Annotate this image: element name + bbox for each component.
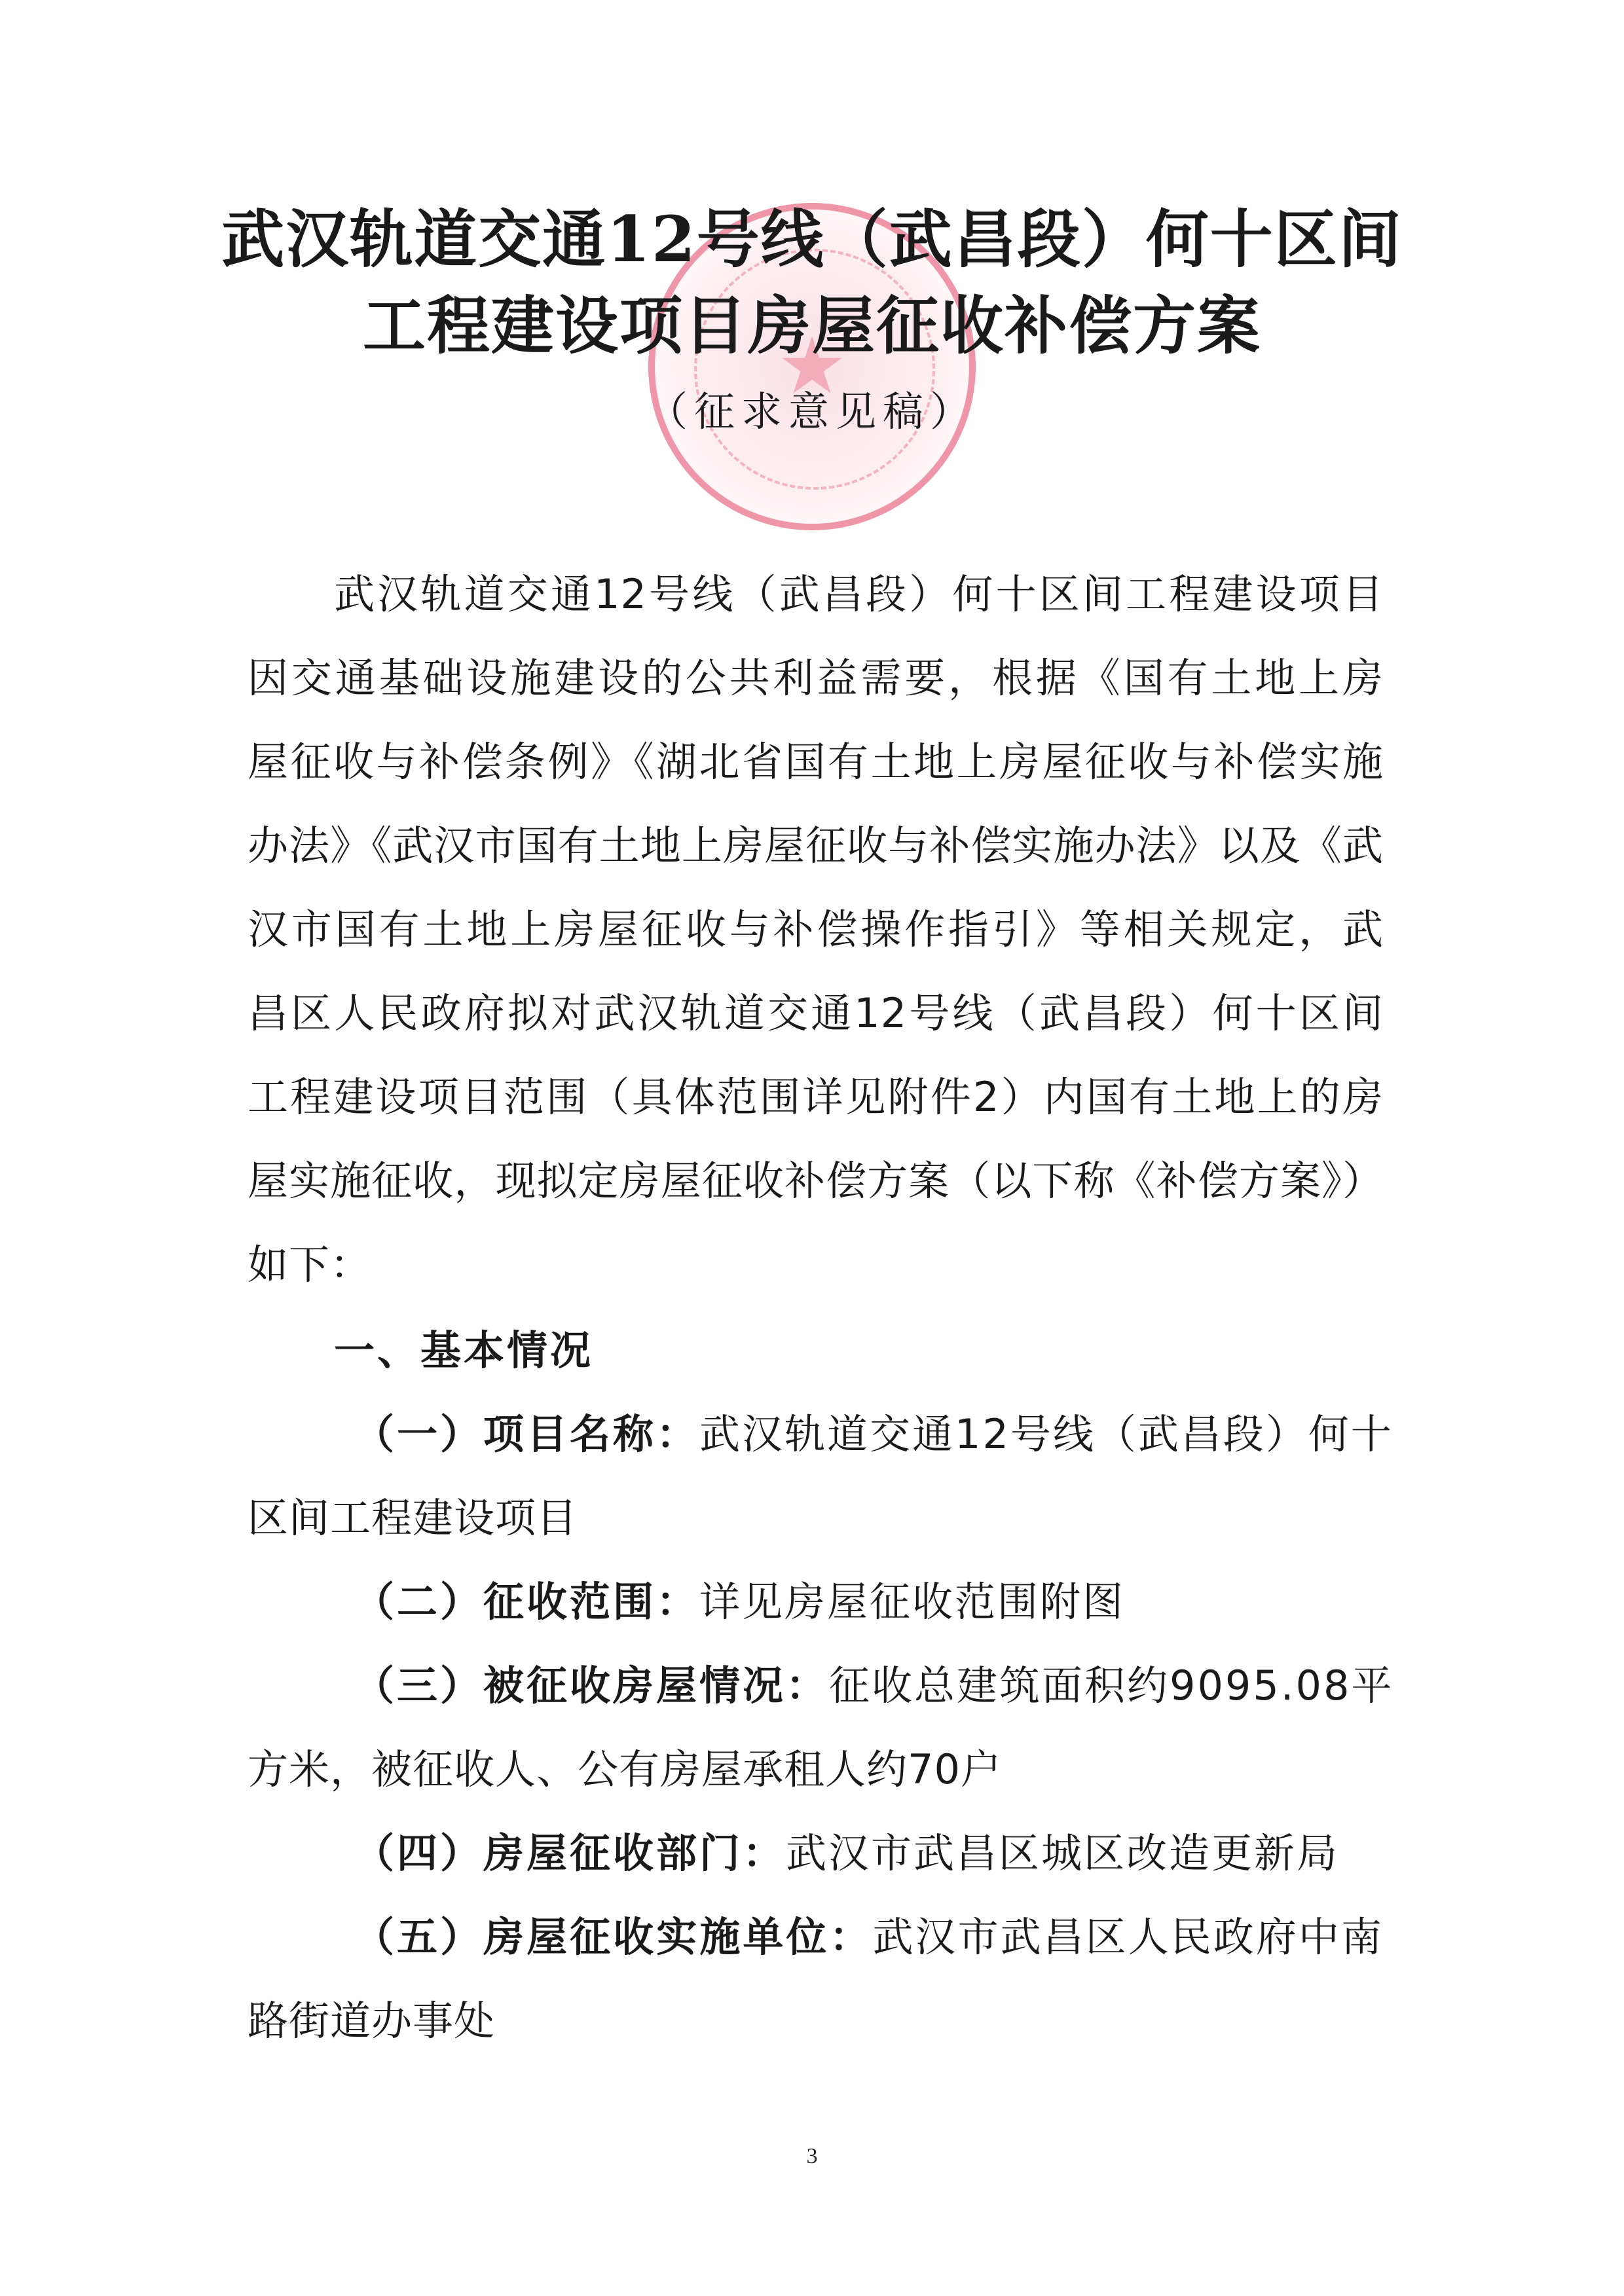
item-expropriated-housing: （三）被征收房屋情况：征收总建筑面积约9095.08平 bbox=[354, 1666, 1384, 1706]
intro-paragraph-line: 因交通基础设施建设的公共利益需要，根据《国有土地上房 bbox=[248, 658, 1384, 699]
item-project-name: （一）项目名称：武汉轨道交通12号线（武昌段）何十 bbox=[354, 1414, 1384, 1455]
intro-paragraph-line: 工程建设项目范围（具体范围详见附件2）内国有土地上的房 bbox=[248, 1077, 1384, 1118]
item-label: （二）征收范围： bbox=[354, 1578, 699, 1626]
item-value: 详见房屋征收范围附图 bbox=[699, 1578, 1125, 1626]
item-label: （一）项目名称： bbox=[354, 1410, 699, 1458]
item-label: （三）被征收房屋情况： bbox=[354, 1662, 829, 1709]
item-value: 武汉市武昌区人民政府中南 bbox=[873, 1913, 1384, 1961]
intro-paragraph-line: 屋实施征收，现拟定房屋征收补偿方案（以下称《补偿方案》） bbox=[248, 1161, 1384, 1201]
item-implementing-unit-continuation: 路街道办事处 bbox=[248, 2001, 1384, 2041]
item-value: 征收总建筑面积约9095.08平 bbox=[829, 1662, 1393, 1709]
document-page: ★ 武汉轨道交通12号线（武昌段）何十区间 工程建设项目房屋征收补偿方案 （征求… bbox=[0, 0, 1624, 2296]
intro-paragraph-line: 屋征收与补偿条例》《湖北省国有土地上房屋征收与补偿实施 bbox=[248, 742, 1384, 782]
intro-paragraph-line: 汉市国有土地上房屋征收与补偿操作指引》等相关规定，武 bbox=[248, 909, 1384, 950]
item-expropriated-housing-continuation: 方米，被征收人、公有房屋承租人约70户 bbox=[248, 1749, 1384, 1790]
intro-paragraph-line: 如下： bbox=[248, 1245, 1384, 1285]
document-subtitle: （征求意见稿） bbox=[0, 392, 1624, 432]
document-title-line-1: 武汉轨道交通12号线（武昌段）何十区间 bbox=[0, 208, 1624, 271]
intro-paragraph-line: 武汉轨道交通12号线（武昌段）何十区间工程建设项目 bbox=[334, 574, 1384, 615]
item-label: （四）房屋征收部门： bbox=[354, 1829, 786, 1877]
intro-paragraph-line: 办法》《武汉市国有土地上房屋征收与补偿实施办法》以及《武 bbox=[248, 826, 1384, 866]
page-number: 3 bbox=[0, 2144, 1624, 2169]
document-title-line-2: 工程建设项目房屋征收补偿方案 bbox=[0, 295, 1624, 357]
item-project-name-continuation: 区间工程建设项目 bbox=[248, 1498, 1384, 1539]
section-heading-basic-info: 一、基本情况 bbox=[334, 1330, 593, 1371]
item-value: 武汉轨道交通12号线（武昌段）何十 bbox=[699, 1410, 1393, 1458]
item-expropriation-department: （四）房屋征收部门：武汉市武昌区城区改造更新局 bbox=[354, 1833, 1384, 1874]
item-value: 武汉市武昌区城区改造更新局 bbox=[786, 1829, 1339, 1877]
item-label: （五）房屋征收实施单位： bbox=[354, 1913, 873, 1961]
item-expropriation-scope: （二）征收范围：详见房屋征收范围附图 bbox=[354, 1582, 1384, 1622]
intro-paragraph-line: 昌区人民政府拟对武汉轨道交通12号线（武昌段）何十区间 bbox=[248, 993, 1384, 1034]
item-implementing-unit: （五）房屋征收实施单位：武汉市武昌区人民政府中南 bbox=[354, 1917, 1384, 1958]
